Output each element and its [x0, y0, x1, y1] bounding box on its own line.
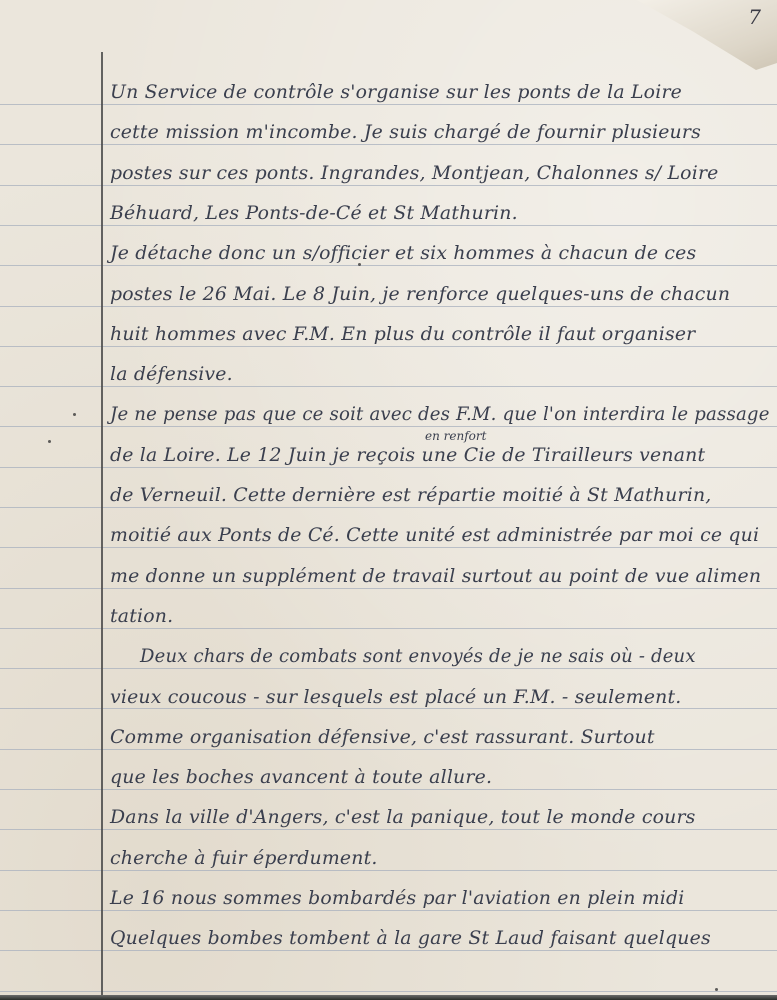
text-line: Je détache donc un s/officier et six hom…	[110, 241, 770, 265]
text-line: Comme organisation défensive, c'est rass…	[110, 725, 770, 749]
ruled-line	[0, 829, 777, 830]
ruled-line	[0, 426, 777, 427]
text-line: cherche à fuir éperdument.	[110, 846, 770, 870]
text-line: la défensive.	[110, 362, 770, 386]
text-line: que les boches avancent à toute allure.	[110, 765, 770, 789]
text-line: Quelques bombes tombent à la gare St Lau…	[110, 926, 770, 950]
text-line: Dans la ville d'Angers, c'est la panique…	[110, 805, 770, 829]
ruled-line	[0, 628, 777, 629]
interlinear-note: en renfort	[425, 429, 486, 443]
text-line: me donne un supplément de travail surtou…	[110, 564, 770, 588]
ruled-line	[0, 588, 777, 589]
ruled-line	[0, 265, 777, 266]
ruled-line	[0, 306, 777, 307]
ink-speck	[358, 263, 361, 266]
text-line: moitié aux Ponts de Cé. Cette unité est …	[110, 523, 770, 547]
ruled-line	[0, 467, 777, 468]
ruled-line	[0, 749, 777, 750]
text-line: Béhuard, Les Ponts-de-Cé et St Mathurin.	[110, 201, 770, 225]
text-line: vieux coucous - sur lesquels est placé u…	[110, 685, 770, 709]
notebook-page: 7 Un Service de contrôle s'organise sur …	[0, 0, 777, 1000]
text-line: Je ne pense pas que ce soit avec des F.M…	[110, 402, 743, 426]
ruled-line	[0, 789, 777, 790]
ink-speck	[715, 988, 718, 991]
page-number: 7	[748, 5, 761, 29]
ruled-line	[0, 870, 777, 871]
ruled-line	[0, 104, 777, 105]
ink-speck	[73, 413, 76, 416]
ink-speck	[48, 440, 51, 443]
ruled-line	[0, 144, 777, 145]
page-bottom-edge	[0, 995, 777, 1000]
ruled-line	[0, 507, 777, 508]
ruled-line	[0, 346, 777, 347]
ruled-line	[0, 668, 777, 669]
ruled-line	[0, 185, 777, 186]
text-line: tation.	[110, 604, 770, 628]
ruled-line	[0, 991, 777, 992]
text-line: huit hommes avec F.M. En plus du contrôl…	[110, 322, 770, 346]
ruled-line	[0, 950, 777, 951]
ruled-line	[0, 225, 777, 226]
ruled-line	[0, 910, 777, 911]
text-line: postes sur ces ponts. Ingrandes, Montjea…	[110, 161, 770, 185]
text-line: postes le 26 Mai. Le 8 Juin, je renforce…	[110, 282, 770, 306]
text-line: Le 16 nous sommes bombardés par l'aviati…	[110, 886, 770, 910]
text-line: Deux chars de combats sont envoyés de je…	[140, 644, 770, 668]
ruled-line	[0, 386, 777, 387]
margin-line	[101, 52, 103, 1000]
text-line: cette mission m'incombe. Je suis chargé …	[110, 120, 770, 144]
ruled-line	[0, 547, 777, 548]
text-line: de la Loire. Le 12 Juin je reçois une Ci…	[110, 443, 770, 467]
text-line: de Verneuil. Cette dernière est répartie…	[110, 483, 770, 507]
text-line: Un Service de contrôle s'organise sur le…	[110, 80, 770, 104]
